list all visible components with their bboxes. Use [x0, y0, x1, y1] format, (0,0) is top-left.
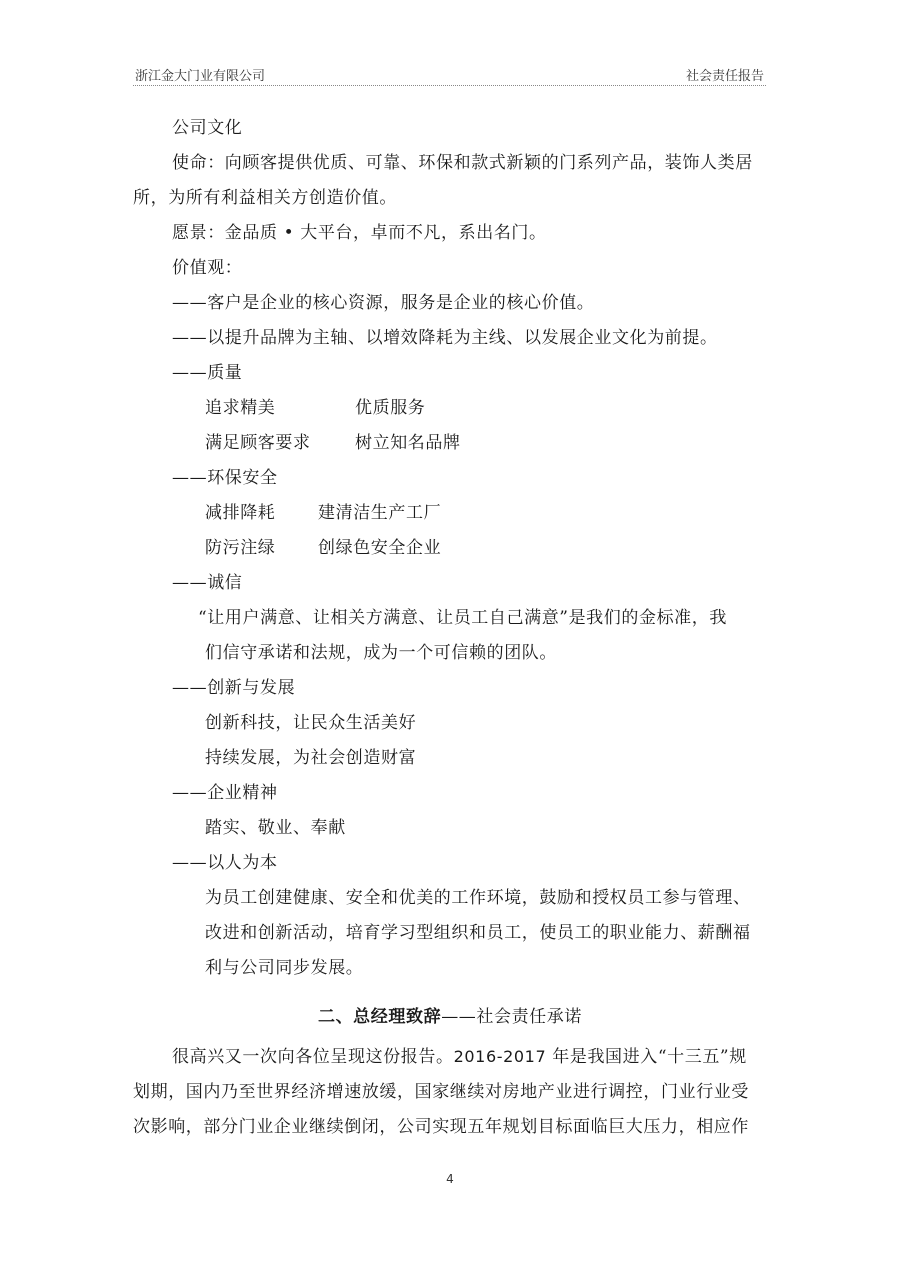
integrity-line-2: 们信守承诺和法规，成为一个可信赖的团队。 [205, 642, 557, 664]
integrity-heading: ——诚信 [172, 572, 242, 594]
section-title-rest: ——社会责任承诺 [441, 1007, 582, 1027]
section-title: 二、总经理致辞——社会责任承诺 [0, 1006, 900, 1028]
people-line-3: 利与公司同步发展。 [205, 957, 363, 979]
innovation-line-1: 创新科技，让民众生活美好 [205, 712, 416, 734]
statement-line-1: 很高兴又一次向各位呈现这份报告。2016-2017 年是我国进入“十三五”规 [172, 1046, 747, 1068]
spirit-heading: ——企业精神 [172, 782, 278, 804]
quality-item: 满足顾客要求 [205, 432, 311, 454]
value-customer: ——客户是企业的核心资源，服务是企业的核心价值。 [172, 292, 594, 314]
quality-item: 树立知名品牌 [355, 432, 461, 454]
env-item: 减排降耗 [205, 502, 275, 524]
env-item: 防污注绿 [205, 537, 275, 559]
page-number: 4 [0, 1172, 900, 1186]
page-header: 浙江金大门业有限公司 社会责任报告 [133, 63, 766, 86]
env-item: 建清洁生产工厂 [318, 502, 441, 524]
people-line-2: 改进和创新活动，培育学习型组织和员工，使员工的职业能力、薪酬福 [205, 922, 751, 944]
statement-line-2: 划期，国内乃至世界经济增速放缓，国家继续对房地产业进行调控，门业行业受 [133, 1081, 749, 1103]
statement-line-3: 次影响，部分门业企业继续倒闭，公司实现五年规划目标面临巨大压力，相应作 [133, 1116, 749, 1138]
statement-text: 年是我国进入“十三五”规 [546, 1047, 747, 1067]
values-heading: 价值观： [172, 257, 242, 279]
integrity-line-1: “让用户满意、让相关方满意、让员工自己满意”是我们的金标准，我 [198, 607, 727, 629]
statement-text: 很高兴又一次向各位呈现这份报告。 [172, 1047, 454, 1067]
people-heading: ——以人为本 [172, 852, 278, 874]
quality-heading: ——质量 [172, 362, 242, 384]
env-item: 创绿色安全企业 [318, 537, 441, 559]
quality-item: 追求精美 [205, 397, 275, 419]
people-line-1: 为员工创建健康、安全和优美的工作环境，鼓励和授权员工参与管理、 [205, 887, 751, 909]
header-company: 浙江金大门业有限公司 [135, 65, 265, 84]
env-heading: ——环保安全 [172, 467, 278, 489]
vision: 愿景：金品质 • 大平台，卓而不凡，系出名门。 [172, 222, 547, 244]
innovation-heading: ——创新与发展 [172, 677, 295, 699]
value-brand: ——以提升品牌为主轴、以增效降耗为主线、以发展企业文化为前提。 [172, 327, 718, 349]
section-title-bold: 二、总经理致辞 [318, 1007, 441, 1027]
spirit-line-1: 踏实、敬业、奉献 [205, 817, 346, 839]
mission-line-2: 所，为所有利益相关方创造价值。 [133, 187, 397, 209]
header-report-title: 社会责任报告 [686, 65, 764, 84]
statement-year: 2016-2017 [454, 1047, 547, 1066]
innovation-line-2: 持续发展，为社会创造财富 [205, 747, 416, 769]
quality-item: 优质服务 [355, 397, 425, 419]
culture-heading: 公司文化 [172, 117, 242, 139]
mission-line-1: 使命：向顾客提供优质、可靠、环保和款式新颖的门系列产品，装饰人类居 [172, 152, 753, 174]
